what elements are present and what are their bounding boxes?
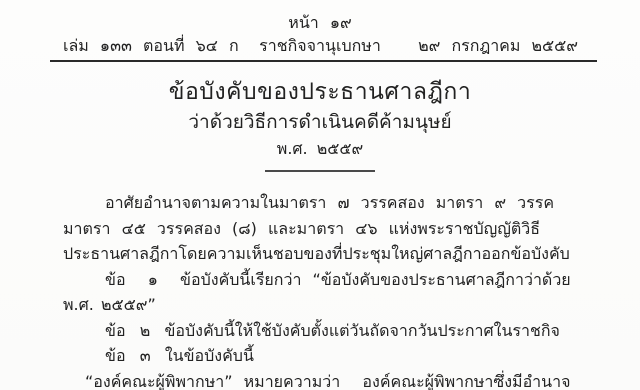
page-number: หน้า ๑๙ (0, 11, 640, 36)
body-line-preamble-3: ประธานศาลฎีกาโดยความเห็นชอบของที่ประชุมใ… (63, 241, 578, 267)
document-year: พ.ศ. ๒๕๕๙ (0, 137, 640, 162)
title-divider-rule (265, 170, 375, 172)
body-line-article-2: ข้อ ๒ ข้อบังคับนี้ให้ใช้บังคับตั้งแต่วัน… (63, 318, 578, 344)
gazette-page: หน้า ๑๙ เล่ม ๑๓๓ ตอนที่ ๖๔ ก ราชกิจจานุเ… (0, 0, 640, 390)
document-subtitle: ว่าด้วยวิธีการดำเนินคดีค้ามนุษย์ (0, 107, 640, 137)
document-body: อาศัยอำนาจตามความในมาตรา ๗ วรรคสอง มาตรา… (63, 190, 578, 390)
document-title: ข้อบังคับของประธานศาลฎีกา (0, 74, 640, 110)
body-line-article-3: ข้อ ๓ ในข้อบังคับนี้ (63, 343, 578, 369)
gazette-header: เล่ม ๑๓๓ ตอนที่ ๖๔ ก ราชกิจจานุเบกษา ๒๙ … (0, 34, 640, 56)
header-divider-rule (50, 60, 597, 62)
body-line-preamble-1: อาศัยอำนาจตามความในมาตรา ๗ วรรคสอง มาตรา… (63, 190, 578, 216)
publication-date: ๒๙ กรกฎาคม ๒๕๕๙ (418, 34, 578, 59)
body-line-definition-judges-panel: “องค์คณะผู้พิพากษา” หมายความว่า องค์คณะผ… (63, 369, 578, 390)
body-line-article-1: ข้อ ๑ ข้อบังคับนี้เรียกว่า “ข้อบังคับของ… (63, 267, 578, 293)
body-line-preamble-2: มาตรา ๔๕ วรรคสอง (๘) และมาตรา ๔๖ แห่งพระ… (63, 216, 578, 242)
body-line-article-1-cont: พ.ศ. ๒๕๕๙” (63, 292, 578, 318)
